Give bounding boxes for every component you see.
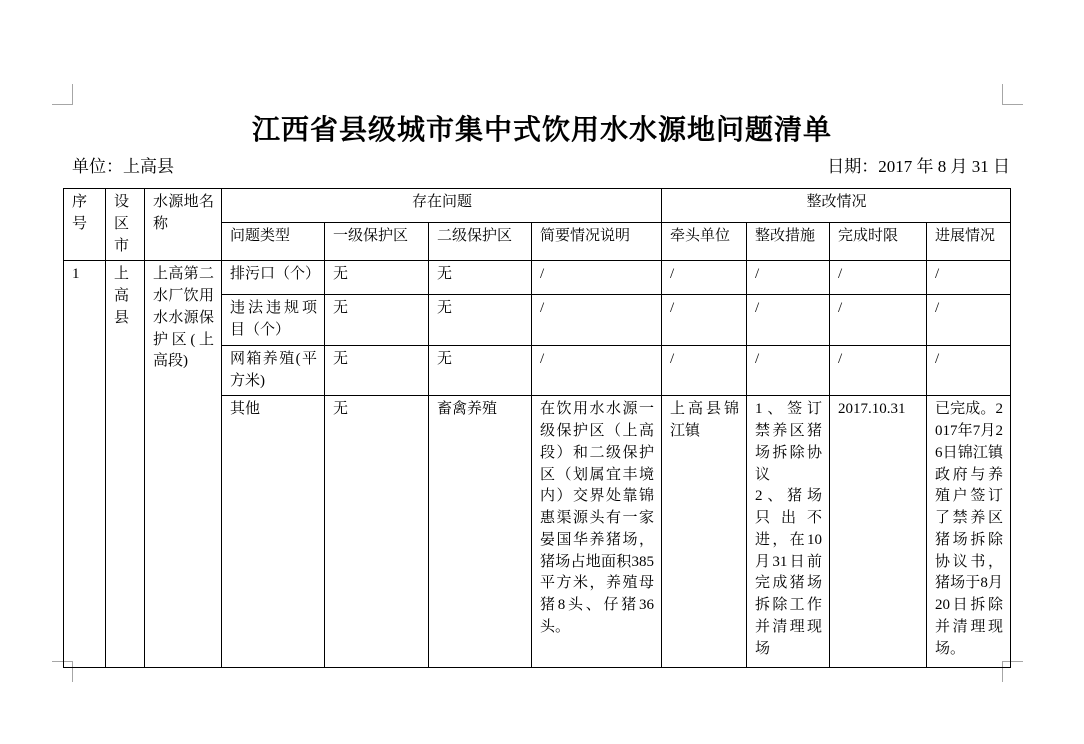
cell-secondary: 无 [429,345,532,396]
cell-brief: / [532,295,662,346]
header-progress: 进展情况 [927,223,1011,261]
header-row-groups: 序号 设区市 水源地名称 存在问题 整改情况 [64,189,1011,223]
cell-brief: 在饮用水水源一级保护区（上高段）和二级保护区（划属宜丰境内）交界处靠锦惠渠源头有… [532,396,662,668]
cell-no: 1 [64,261,106,668]
header-no: 序号 [64,189,106,261]
header-primary-zone: 一级保护区 [325,223,429,261]
header-group-rectification: 整改情况 [662,189,1011,223]
cell-secondary: 畜禽养殖 [429,396,532,668]
page-title: 江西省县级城市集中式饮用水水源地问题清单 [0,108,1084,148]
cell-problem-type: 排污口（个） [222,261,325,295]
crop-mark-top-left [52,84,73,105]
cell-deadline: / [830,261,927,295]
cell-primary: 无 [325,396,429,668]
cell-lead: / [662,345,747,396]
cell-brief: / [532,261,662,295]
cell-primary: 无 [325,295,429,346]
cell-deadline: / [830,345,927,396]
cell-primary: 无 [325,261,429,295]
header-group-problems: 存在问题 [222,189,662,223]
cell-measures: / [747,295,830,346]
cell-secondary: 无 [429,295,532,346]
header-problem-type: 问题类型 [222,223,325,261]
header-secondary-zone: 二级保护区 [429,223,532,261]
cell-source-name: 上高第二水厂饮用水水源保护区(上高段) [145,261,222,668]
header-measures: 整改措施 [747,223,830,261]
cell-problem-type: 网箱养殖(平方米) [222,345,325,396]
unit-label: 单位：上高县 [72,152,174,177]
cell-progress: / [927,261,1011,295]
header-source-name: 水源地名称 [145,189,222,261]
cell-measures: / [747,345,830,396]
cell-deadline: 2017.10.31 [830,396,927,668]
cell-measures: 1、签订禁养区猪场拆除协议 2、猪场只出不进，在10月31日前完成猪场拆除工作并… [747,396,830,668]
cell-lead: 上高县锦江镇 [662,396,747,668]
cell-progress: 已完成。2017年7月26日锦江镇政府与养殖户签订了禁养区猪场拆除协议书，猪场于… [927,396,1011,668]
meta-row: 单位：上高县 日期：2017 年 8 月 31 日 [72,152,1010,177]
header-city: 设区市 [106,189,145,261]
cell-problem-type: 其他 [222,396,325,668]
cell-lead: / [662,295,747,346]
table-row-outfall: 1 上高县 上高第二水厂饮用水水源保护区(上高段) 排污口（个） 无 无 / /… [64,261,1011,295]
header-lead-unit: 牵头单位 [662,223,747,261]
cell-city: 上高县 [106,261,145,668]
issues-table: 序号 设区市 水源地名称 存在问题 整改情况 问题类型 一级保护区 二级保护区 … [63,188,1011,668]
cell-brief: / [532,345,662,396]
header-brief: 简要情况说明 [532,223,662,261]
cell-problem-type: 违法违规项目（个） [222,295,325,346]
cell-progress: / [927,295,1011,346]
date-label: 日期：2017 年 8 月 31 日 [827,152,1010,177]
cell-lead: / [662,261,747,295]
cell-measures: / [747,261,830,295]
document-page: 江西省县级城市集中式饮用水水源地问题清单 单位：上高县 日期：2017 年 8 … [0,0,1084,744]
crop-mark-top-right [1002,84,1023,105]
cell-secondary: 无 [429,261,532,295]
cell-primary: 无 [325,345,429,396]
cell-deadline: / [830,295,927,346]
cell-progress: / [927,345,1011,396]
header-deadline: 完成时限 [830,223,927,261]
issues-table-wrapper: 序号 设区市 水源地名称 存在问题 整改情况 问题类型 一级保护区 二级保护区 … [63,188,1011,668]
